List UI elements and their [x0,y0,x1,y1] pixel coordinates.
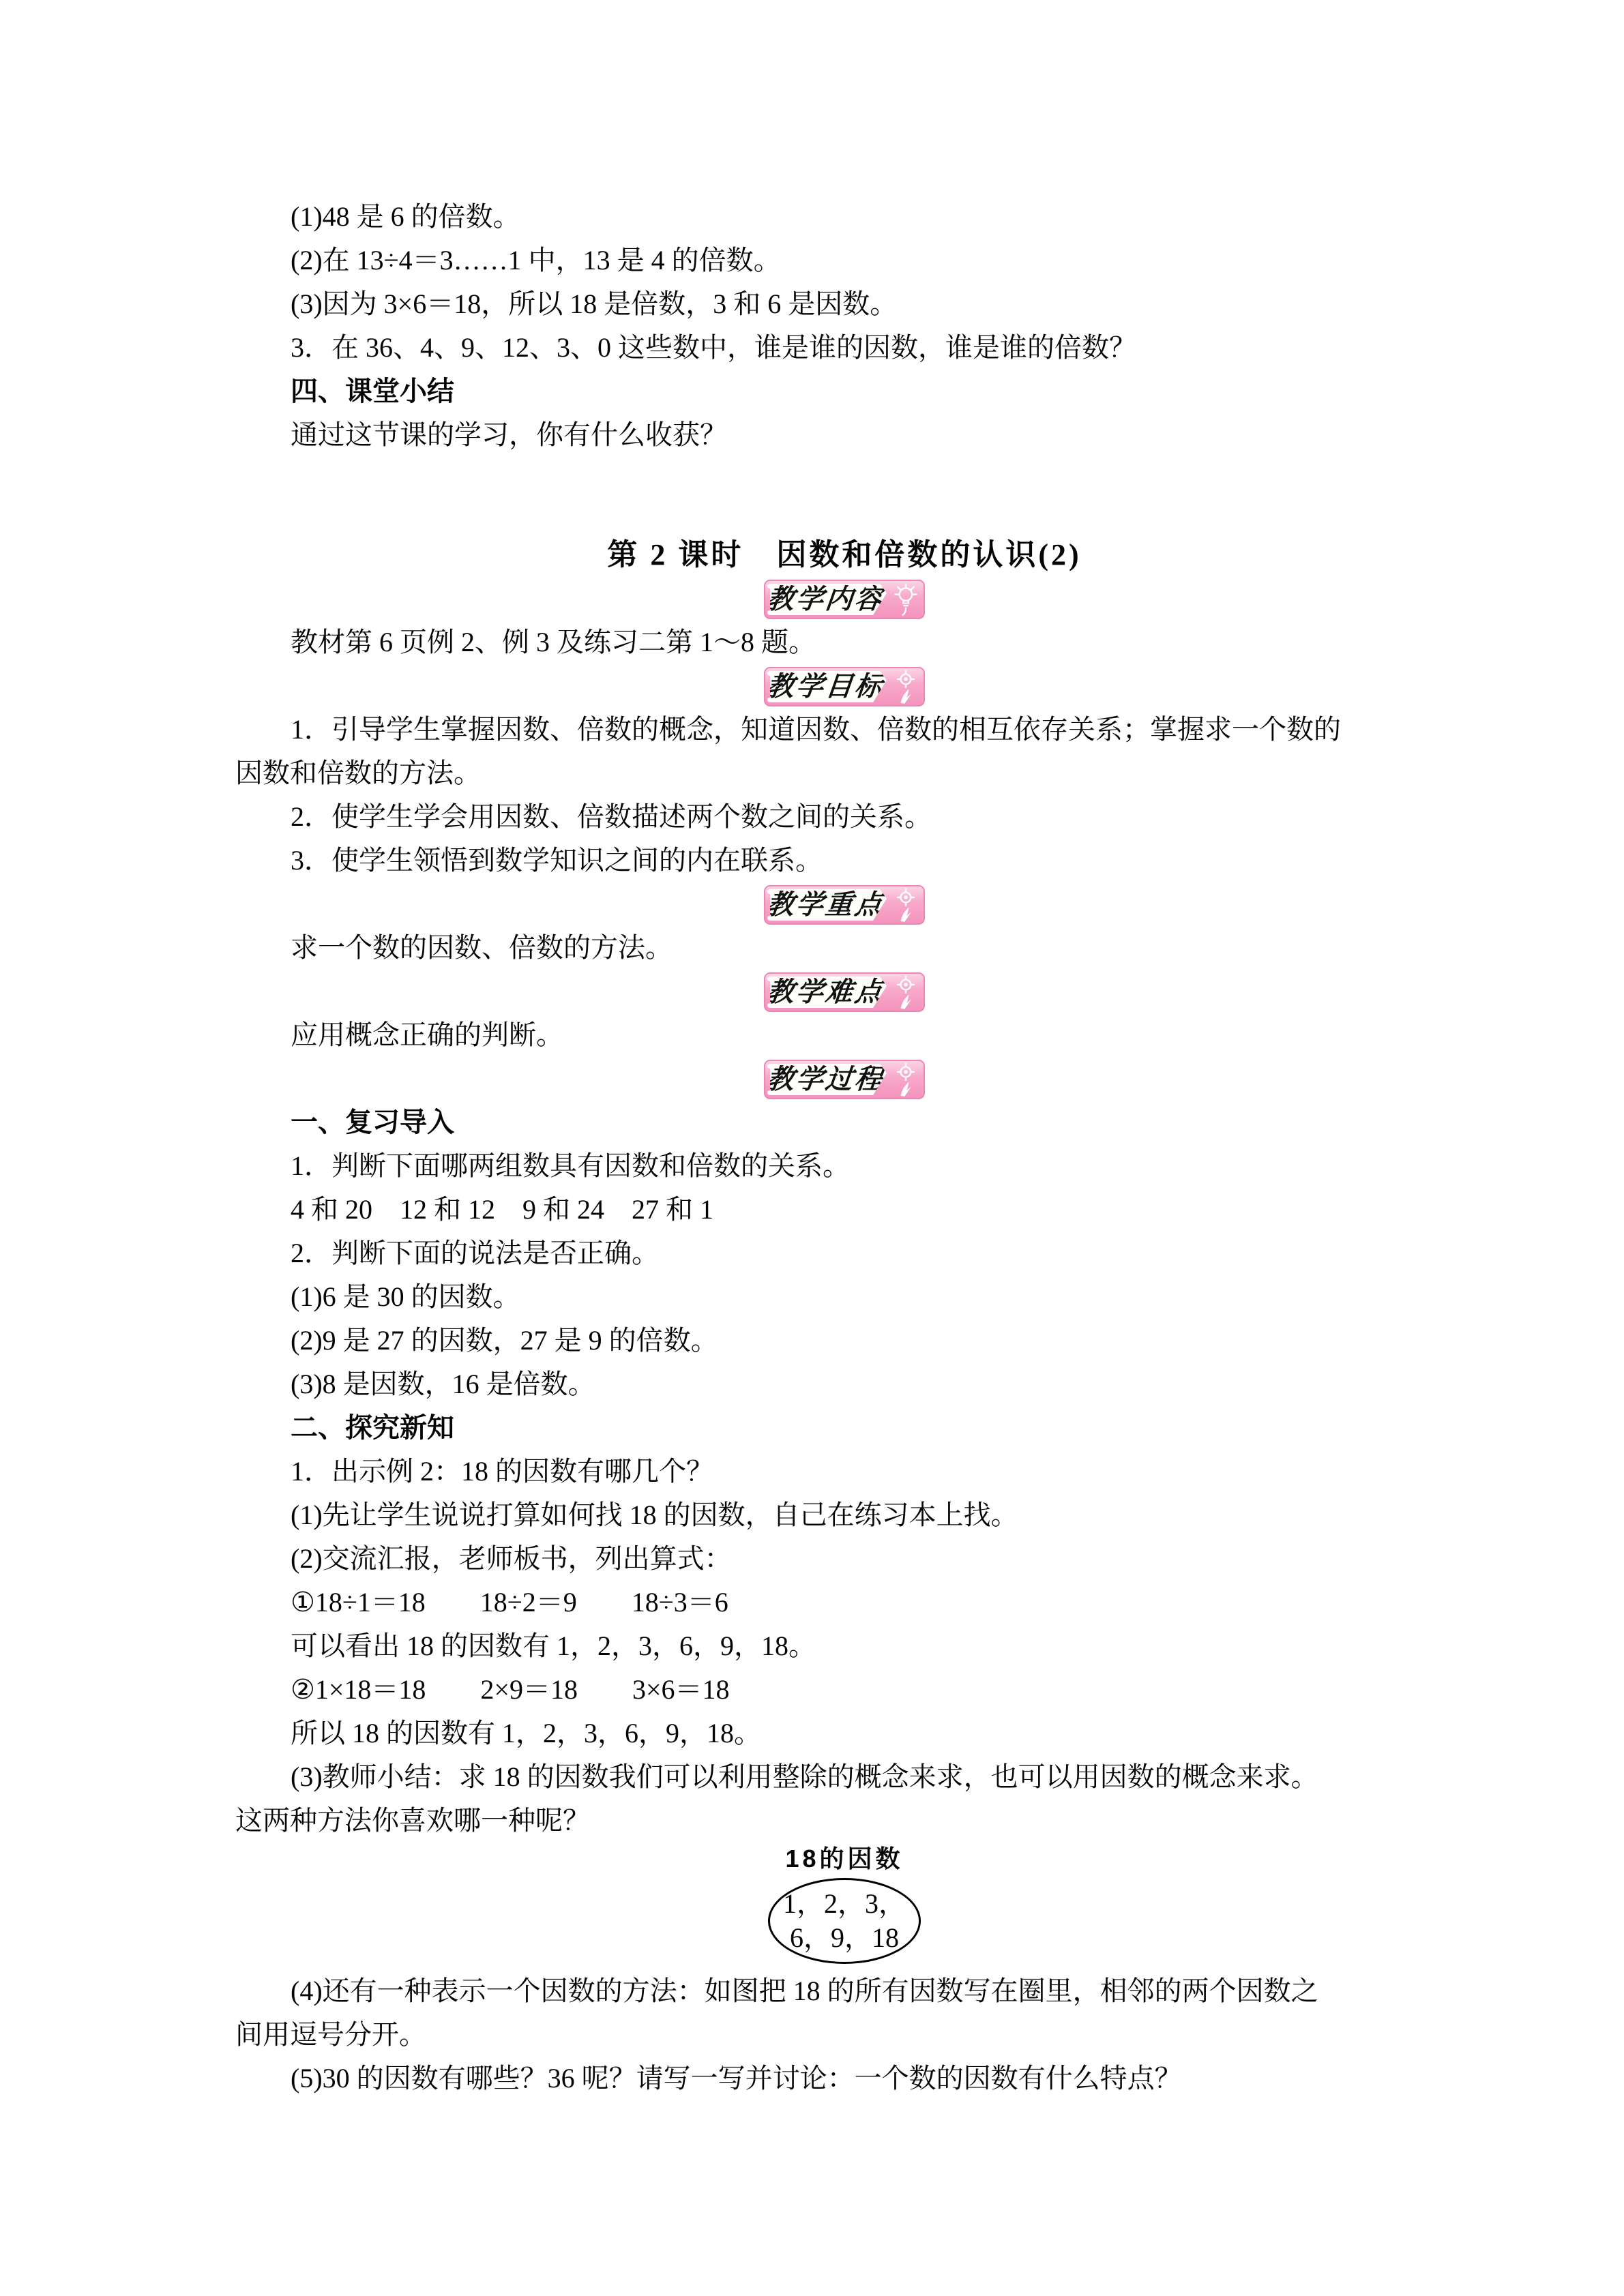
text-line: 通过这节课的学习，你有什么收获？ [235,413,1380,457]
badge-label: 教学过程 [765,1066,891,1093]
target-arrow-icon [889,886,923,923]
text-line: (3)因为 3×6＝18，所以 18 是倍数，3 和 6 是因数。 [235,282,1380,326]
text-line: (3)教师小结：求 18 的因数我们可以利用整除的概念来求，也可以用因数的概念来… [235,1755,1380,1799]
badge-label: 教学难点 [765,979,891,1006]
section-badge-teaching-difficulty: 教学难点 [764,972,925,1012]
document-page: (1)48 是 6 的倍数。 (2)在 13÷4＝3……1 中，13 是 4 的… [0,0,1624,2296]
text-line: 3．在 36、4、9、12、3、0 这些数中，谁是谁的因数，谁是谁的倍数？ [235,326,1380,370]
blank-gap [235,457,1380,533]
section-badge-teaching-content: 教学内容 [764,580,925,619]
section-heading: 二、探究新知 [235,1406,1380,1450]
section-badge-teaching-process: 教学过程 [764,1060,925,1099]
document-content: (1)48 是 6 的倍数。 (2)在 13÷4＝3……1 中，13 是 4 的… [235,195,1380,2100]
text-line: 因数和倍数的方法。 [235,751,1380,795]
target-arrow-icon [889,974,923,1011]
badge-panel: 教学目标 [770,671,887,702]
text-line: (1)6 是 30 的因数。 [235,1275,1380,1319]
text-line: 1．出示例 2：18 的因数有哪几个？ [235,1450,1380,1493]
lightbulb-icon [889,581,923,618]
oval-line: 1，2，3， [783,1887,906,1921]
factors-figure: 18的因数 1，2，3， 6，9，18 [272,1843,1417,1964]
section-heading: 一、复习导入 [235,1101,1380,1144]
text-line: 2．判断下面的说法是否正确。 [235,1232,1380,1275]
text-line: 所以 18 的因数有 1，2，3，6，9，18。 [235,1712,1380,1755]
factors-oval: 1，2，3， 6，9，18 [768,1878,921,1964]
target-arrow-icon [889,1061,923,1098]
text-line: 应用概念正确的判断。 [235,1013,1380,1057]
text-line: 这两种方法你喜欢哪一种呢？ [235,1799,1380,1843]
target-arrow-icon [889,668,923,705]
equation-line: ②1×18＝18 2×9＝18 3×6＝18 [235,1668,1380,1712]
badge-panel: 教学过程 [770,1064,887,1095]
lesson-title: 第 2 课时 因数和倍数的认识(2) [272,533,1417,577]
section-heading: 四、课堂小结 [235,370,1380,413]
text-line: 1．判断下面哪两组数具有因数和倍数的关系。 [235,1144,1380,1188]
text-line: 2．使学生学会用因数、倍数描述两个数之间的关系。 [235,795,1380,839]
text-line: 教材第 6 页例 2、例 3 及练习二第 1～8 题。 [235,621,1380,664]
text-line: (2)交流汇报，老师板书，列出算式： [235,1537,1380,1581]
text-line: (2)9 是 27 的因数，27 是 9 的倍数。 [235,1319,1380,1362]
text-line: 间用逗号分开。 [235,2013,1380,2057]
equation-line: ①18÷1＝18 18÷2＝9 18÷3＝6 [235,1581,1380,1624]
text-line: 3．使学生领悟到数学知识之间的内在联系。 [235,839,1380,882]
badge-panel: 教学难点 [770,976,887,1008]
text-line: (2)在 13÷4＝3……1 中，13 是 4 的倍数。 [235,239,1380,282]
badge-panel: 教学内容 [770,584,887,615]
badge-label: 教学目标 [765,673,891,700]
badge-label: 教学内容 [765,586,891,613]
badge-panel: 教学重点 [770,889,887,921]
text-line: 求一个数的因数、倍数的方法。 [235,926,1380,970]
text-line: 1．引导学生掌握因数、倍数的概念，知道因数、倍数的相互依存关系；掌握求一个数的 [235,708,1380,751]
text-line: (5)30 的因数有哪些？36 呢？请写一写并讨论：一个数的因数有什么特点？ [235,2057,1380,2100]
section-badge-teaching-goals: 教学目标 [764,667,925,706]
badge-label: 教学重点 [765,891,891,919]
figure-caption: 18的因数 [272,1843,1417,1875]
text-line: (1)先让学生说说打算如何找 18 的因数，自己在练习本上找。 [235,1493,1380,1537]
text-line: 可以看出 18 的因数有 1，2，3，6，9，18。 [235,1624,1380,1668]
text-line: (4)还有一种表示一个因数的方法：如图把 18 的所有因数写在圈里，相邻的两个因… [235,1969,1380,2013]
text-line: (3)8 是因数，16 是倍数。 [235,1362,1380,1406]
text-line: (1)48 是 6 的倍数。 [235,195,1380,239]
oval-line: 6，9，18 [790,1921,899,1955]
section-badge-teaching-key-point: 教学重点 [764,885,925,925]
text-line: 4 和 20 12 和 12 9 和 24 27 和 1 [235,1188,1380,1232]
